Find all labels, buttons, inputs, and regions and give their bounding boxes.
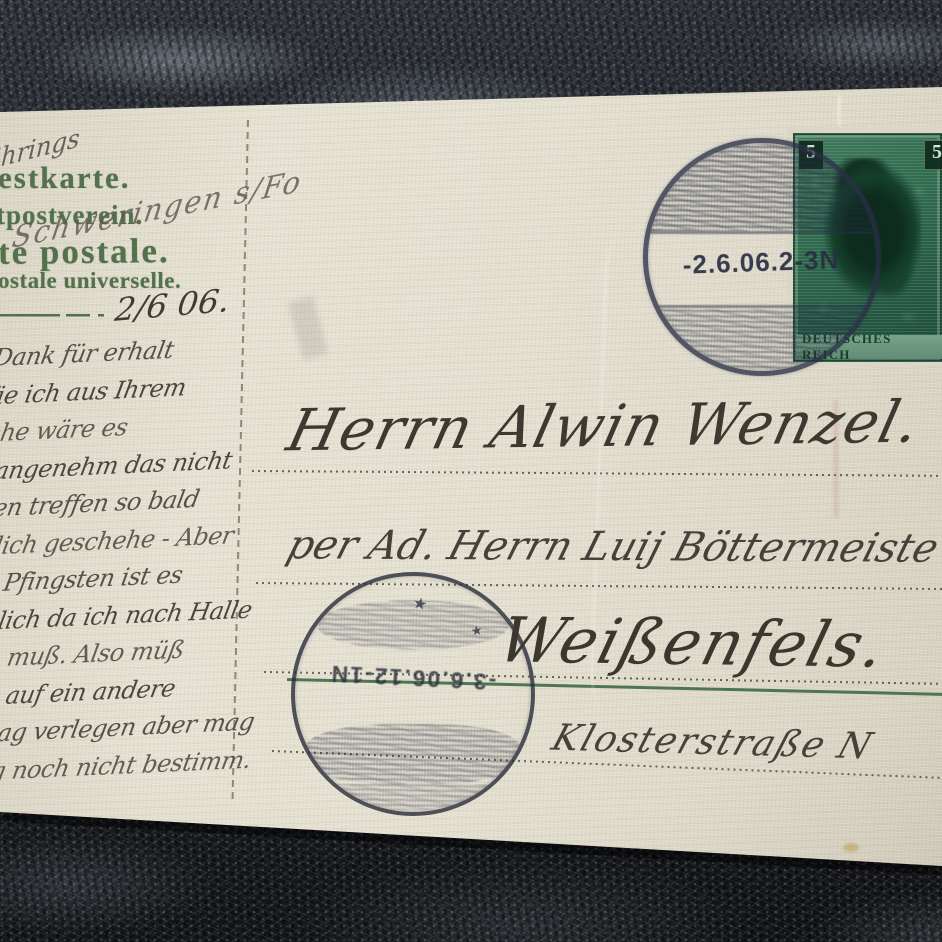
sender-scribble-2: Schweringen s/Fo (10, 163, 305, 255)
printed-header-carte-postale: te postale. (0, 231, 170, 273)
paper-crease (834, 96, 841, 321)
address-city: Weißenfels. (491, 603, 895, 681)
postmark-top-date: -2.6.06.2-3N (656, 243, 867, 281)
star-icon: ★ (470, 623, 484, 639)
stamp-ornament (799, 139, 936, 356)
printed-header-weltpostverein: tpostverein. (0, 200, 143, 231)
gray-smudge (288, 296, 329, 361)
paper-fleck (843, 843, 859, 852)
message-line: n muß. Also müß (0, 631, 288, 682)
postmark-smudge (305, 724, 521, 784)
stamp-country-label: DEUTSCHES REICH (796, 335, 942, 359)
stamp-perforation (781, 128, 789, 366)
printed-header-union-postale: ostale universelle. (0, 268, 181, 294)
message-line: g noch nicht bestimm. (0, 743, 293, 794)
red-smudge (834, 400, 838, 518)
message-line: r angenehm das nicht (0, 444, 279, 495)
message-line: tag verlegen aber mag (0, 706, 291, 757)
star-icon: ★ (411, 593, 429, 615)
address-dotted-line-4 (272, 750, 942, 779)
postcard: estkarte. tpostverein. te postale. ostal… (0, 0, 942, 942)
postmark-bottom: ★ ★ -3.6.06.12-1N (291, 572, 535, 816)
postmark-smudge (335, 784, 491, 810)
message-line: nen treffen so bald (0, 481, 281, 532)
address-dotted-line-1 (252, 470, 942, 477)
stamp-denomination: 5 (924, 140, 942, 170)
postmark-bottom-date: -3.6.06.12-1N (308, 659, 517, 697)
message-line: sehe wäre es (0, 406, 277, 457)
paper-crease (590, 238, 634, 709)
message-line: glich da ich nach Halle (0, 593, 286, 644)
handwritten-message: n Dank für erhalt Wie ich aus Ihrem sehe… (0, 331, 290, 794)
address-dotted-line-3 (264, 671, 942, 685)
message-line: Wie ich aus Ihrem (0, 369, 276, 420)
handwritten-date: 2/6 06. (113, 281, 232, 329)
stamp-design: 5 5 DEUTSCHES REICH (793, 133, 942, 362)
postmark-band-line (650, 231, 874, 234)
stamp-perforation (788, 121, 942, 129)
stamp-denomination: 5 (798, 140, 824, 170)
postmark-smudge (317, 600, 509, 650)
message-line: d Pfingsten ist es (0, 556, 284, 607)
postage-stamp: 5 5 DEUTSCHES REICH (788, 128, 942, 366)
photo-of-postcard: estkarte. tpostverein. te postale. ostal… (0, 0, 942, 942)
germania-portrait (814, 158, 921, 316)
sender-scribble-1: ihrings (0, 123, 81, 175)
address-street: Klosterstraße N (547, 718, 879, 768)
postmark-smudge (648, 143, 876, 231)
address-green-line (287, 678, 942, 696)
postmark-top: -2.6.06.2-3N (643, 138, 881, 376)
postmark-smudge (648, 309, 876, 371)
address-dotted-line-2 (256, 582, 942, 590)
printed-date-rule (0, 314, 112, 317)
divider-dashed-line (231, 120, 249, 804)
message-line: glich geschehe - Aber (0, 519, 282, 570)
address-recipient: Herrn Alwin Wenzel. (281, 388, 927, 465)
printed-header-postkarte: estkarte. (0, 160, 130, 196)
address-care-of: per Ad. Herrn Luij Böttermeiste (282, 522, 942, 571)
message-line: n Dank für erhalt (0, 331, 274, 382)
message-line: s auf ein andere (0, 668, 289, 719)
postmark-band-line (652, 305, 872, 308)
